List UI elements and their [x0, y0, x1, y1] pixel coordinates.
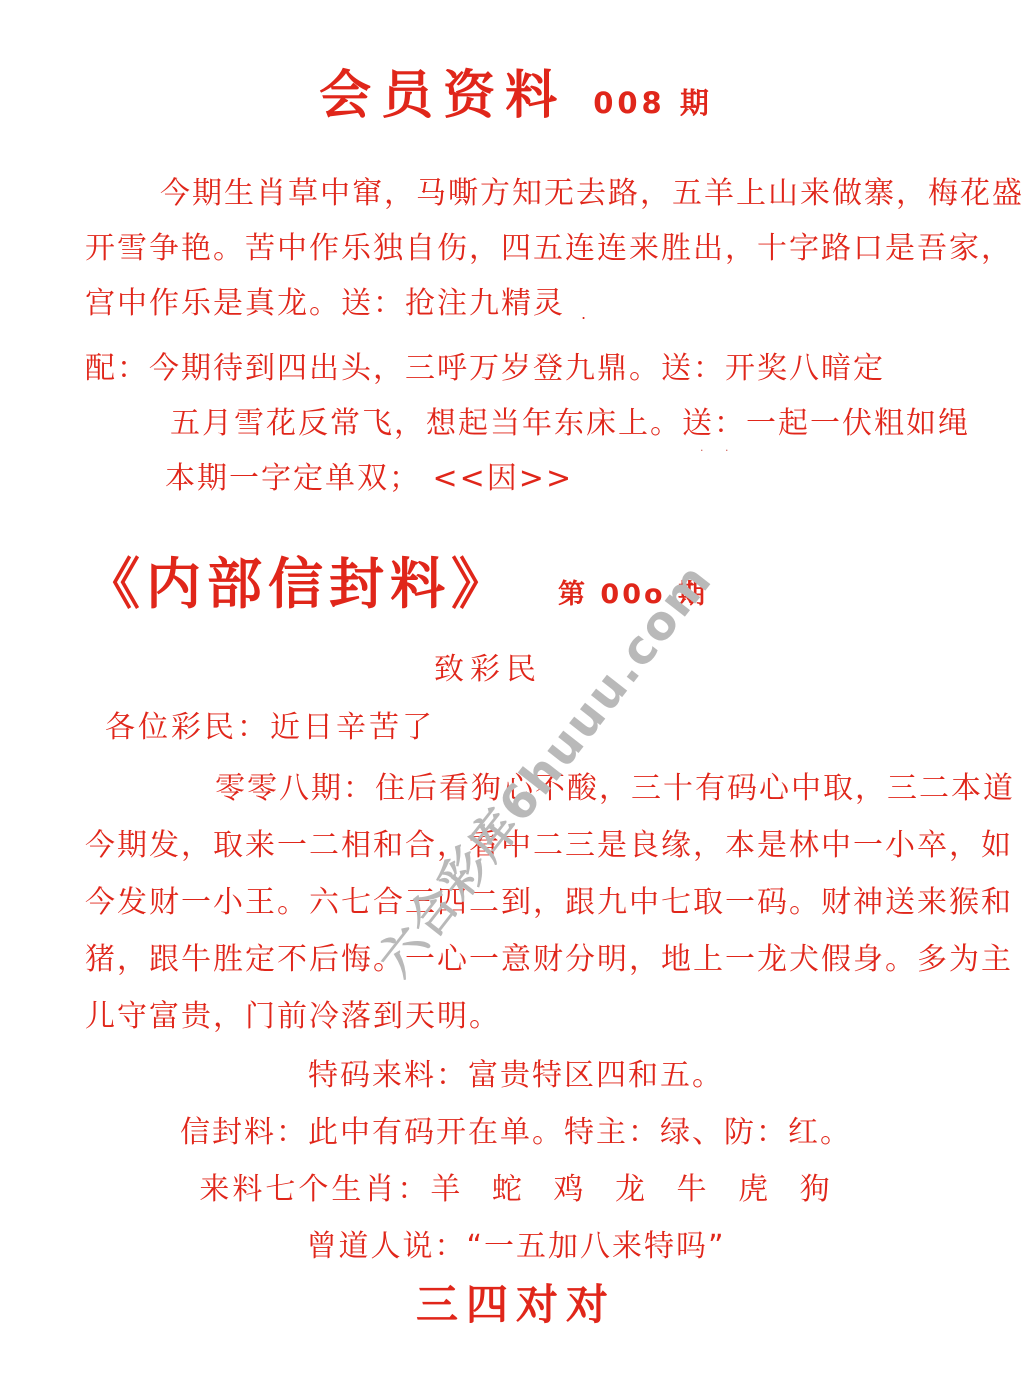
- member-line: 宫中作乐是真龙。送：抢注九精灵.: [85, 276, 947, 341]
- member-info-section: 今期生肖草中窜，马嘶方知无去路，五羊上山来做寨，梅花盛 开雪争艳。苦中作乐独自伤…: [85, 166, 947, 506]
- paragraph-line: 猪，跟牛胜定不后悔。一心一意财分明，地上一龙犬假身。多为主: [85, 931, 947, 988]
- envelope-issue-number: 第 00o 期: [558, 579, 708, 610]
- member-line: 五月雪花反常飞，想起当年东床上。送：一起一伏粗如绳: [170, 396, 947, 451]
- member-line: 今期生肖草中窜，马嘶方知无去路，五羊上山来做寨，梅花盛: [160, 166, 947, 221]
- special-code-tip: 特码来料：富贵特区四和五。: [85, 1047, 947, 1104]
- paragraph-line: 今期发，取来一二相和合，看中二三是良缘，本是林中一小卒，如: [85, 817, 947, 874]
- paragraph-line: 今发财一小王。六七合三四二到，跟九中七取一码。财神送来猴和: [85, 874, 947, 931]
- page-title: 会员资料: [319, 66, 567, 126]
- issue-number: 008 期: [593, 86, 713, 120]
- envelope-section-header: 《内部信封料》第 00o 期: [85, 548, 947, 634]
- final-phrase: 三四对对: [85, 1275, 947, 1335]
- paragraph-line: 零零八期：住后看狗心不酸，三十有码心中取，三二本道: [215, 760, 947, 817]
- salutation: 致彩民: [57, 650, 919, 690]
- member-line: 本期一字定单双； <<因>>: [165, 451, 947, 506]
- stray-dots: · ·: [700, 444, 738, 457]
- tips-section: 特码来料：富贵特区四和五。 信封料：此中有码开在单。特主：绿、防：红。 来料七个…: [85, 1047, 947, 1335]
- envelope-paragraph: 零零八期：住后看狗心不酸，三十有码心中取，三二本道 今期发，取来一二相和合，看中…: [85, 760, 947, 1045]
- quote-tip: 曾道人说：“一五加八来特吗”: [85, 1218, 947, 1275]
- document-header: 会员资料008 期: [85, 64, 947, 140]
- paragraph-line: 儿守富贵，门前冷落到天明。: [85, 988, 947, 1045]
- member-line: 开雪争艳。苦中作乐独自伤，四五连连来胜出，十字路口是吾家，: [85, 221, 947, 276]
- stray-mark: .: [581, 304, 586, 323]
- envelope-material-tip: 信封料：此中有码开在单。特主：绿、防：红。: [85, 1104, 947, 1161]
- greeting-line: 各位彩民：近日辛苦了: [105, 708, 947, 748]
- member-line: 配：今期待到四出头，三呼万岁登九鼎。送：开奖八暗定: [85, 341, 947, 396]
- tip-sheet-page: 六合彩库6huuu.com 会员资料008 期 今期生肖草中窜，马嘶方知无去路，…: [0, 0, 1032, 1388]
- envelope-title: 《内部信封料》: [85, 552, 512, 616]
- member-line-text: 宫中作乐是真龙。送：抢注九精灵: [85, 286, 565, 321]
- zodiac-tip: 来料七个生肖：羊 蛇 鸡 龙 牛 虎 狗: [85, 1161, 947, 1218]
